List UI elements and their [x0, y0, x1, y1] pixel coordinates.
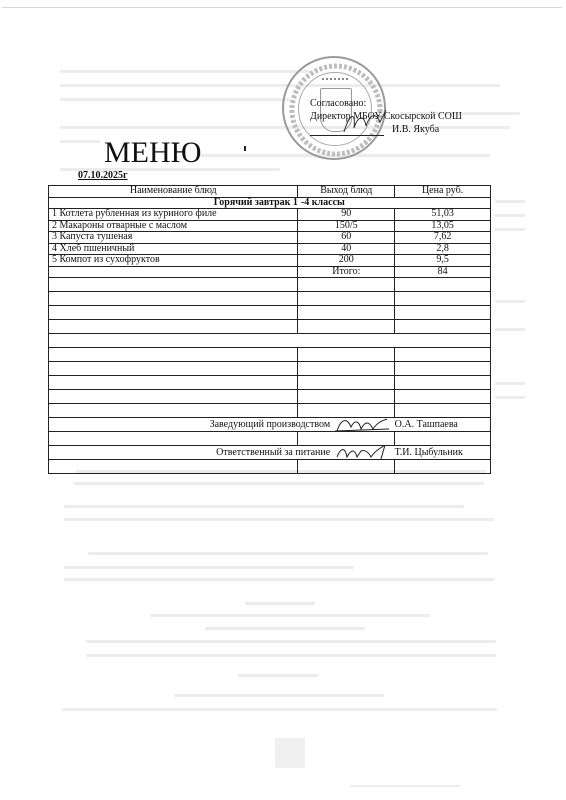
section-title-left: Горячий завтрак 1 — [49, 197, 298, 209]
table-header-row: Наименование блюд Выход блюд Цена руб. — [49, 186, 491, 198]
empty-row — [49, 348, 491, 362]
dish-price: 7,62 — [395, 232, 491, 244]
approval-name: И.В. Якуба — [392, 124, 439, 135]
table-row: 3 Капуста тушеная 60 7,62 — [49, 232, 491, 244]
dish-portion: 40 — [298, 243, 395, 255]
table-row: 1 Котлета рубленная из куриного филе 90 … — [49, 209, 491, 221]
total-row: Итого: 84 — [49, 266, 491, 278]
total-label: Итого: — [298, 266, 395, 278]
empty-row — [49, 278, 491, 292]
dish-name: 4 Хлеб пшеничный — [49, 243, 298, 255]
menu-date: 07.10.2025г — [78, 170, 128, 181]
empty-row — [49, 362, 491, 376]
empty-row — [49, 306, 491, 320]
header-portion: Выход блюд — [298, 186, 395, 198]
dish-name: 2 Макароны отварные с маслом — [49, 220, 298, 232]
empty-row — [49, 432, 491, 446]
table-row: 5 Компот из сухофруктов 200 9,5 — [49, 255, 491, 267]
section-title-right: -4 классы — [298, 197, 491, 209]
empty-row — [49, 320, 491, 334]
production-name: О.А. Ташпаева — [395, 418, 491, 432]
dish-price: 9,5 — [395, 255, 491, 267]
dish-price: 51,03 — [395, 209, 491, 221]
header-dish-name: Наименование блюд — [49, 186, 298, 198]
table-row: 2 Макароны отварные с маслом 150/5 13,05 — [49, 220, 491, 232]
signature-row-production: Заведующий производством О.А. Ташпаева — [49, 418, 491, 432]
dish-name: 5 Компот из сухофруктов — [49, 255, 298, 267]
ink-mark — [244, 146, 246, 151]
empty-row — [49, 292, 491, 306]
table-row: 4 Хлеб пшеничный 40 2,8 — [49, 243, 491, 255]
dish-portion: 200 — [298, 255, 395, 267]
nutrition-label: Ответственный за питание — [216, 447, 330, 458]
dish-price: 2,8 — [395, 243, 491, 255]
menu-table: Наименование блюд Выход блюд Цена руб. Г… — [48, 185, 491, 474]
production-label: Заведующий производством — [210, 419, 331, 430]
nutrition-name: Т.И. Цыбульник — [395, 446, 491, 460]
total-value: 84 — [395, 266, 491, 278]
empty-row — [49, 376, 491, 390]
signature-row-nutrition: Ответственный за питание Т.И. Цыбульник — [49, 446, 491, 460]
empty-row — [49, 390, 491, 404]
empty-row — [49, 334, 491, 348]
dish-name: 3 Капуста тушеная — [49, 232, 298, 244]
director-signature-icon — [340, 108, 390, 138]
dish-portion: 150/5 — [298, 220, 395, 232]
empty-row — [49, 460, 491, 474]
page-title: МЕНЮ — [104, 136, 202, 170]
header-price: Цена руб. — [395, 186, 491, 198]
section-row: Горячий завтрак 1 -4 классы — [49, 197, 491, 209]
empty-cell — [49, 266, 298, 278]
dish-portion: 90 — [298, 209, 395, 221]
dish-portion: 60 — [298, 232, 395, 244]
empty-row — [49, 404, 491, 418]
dish-price: 13,05 — [395, 220, 491, 232]
dish-name: 1 Котлета рубленная из куриного филе — [49, 209, 298, 221]
